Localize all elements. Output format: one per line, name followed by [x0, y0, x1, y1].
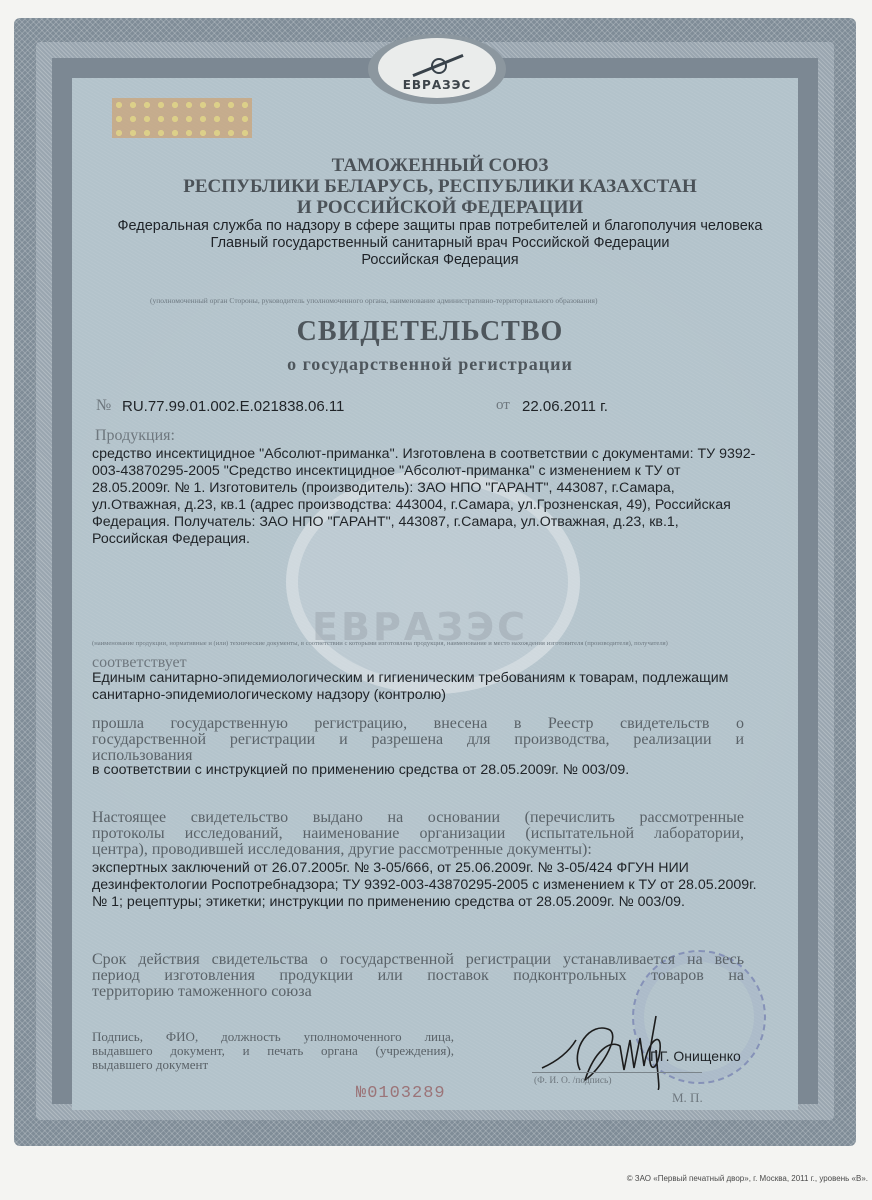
basis-text: центра), проводившей исследования, други…	[92, 842, 592, 858]
registered-text: прошла государственную регистрацию, внес…	[92, 716, 744, 732]
conformity-line: Единым санитарно-эпидемиологическим и ги…	[92, 670, 728, 687]
official-title: Главный государственный санитарный врач …	[100, 235, 780, 252]
hologram-strip	[112, 98, 252, 138]
registration-number: RU.77.99.01.002.E.021838.06.11	[122, 398, 344, 415]
agency-name: Федеральная служба по надзору в сфере за…	[100, 218, 780, 235]
basis-text: Настоящее свидетельство выдано на основа…	[92, 810, 744, 826]
signature-instructions: Подпись, ФИО, должность уполномоченного …	[92, 1030, 454, 1044]
date-label: от	[496, 397, 510, 414]
product-line: ул.Отважная, д.23, кв.1 (адрес производс…	[92, 497, 731, 514]
number-label: №	[96, 397, 111, 415]
signature-instructions: выдавшего документ	[92, 1058, 208, 1072]
eurasec-emblem-icon	[407, 54, 467, 76]
conformity-line: санитарно-эпидемиологическому надзору (к…	[92, 687, 446, 704]
header-line-3: И РОССИЙСКОЙ ФЕДЕРАЦИИ	[100, 197, 780, 218]
signature-line	[532, 1072, 702, 1073]
product-caption: (наименование продукции, нормативные и (…	[92, 640, 668, 647]
seal-mark: М. П.	[672, 1090, 703, 1106]
validity-text: Срок действия свидетельства о государств…	[92, 952, 744, 968]
product-line: Федерация. Получатель: ЗАО НПО "ГАРАНТ",…	[92, 514, 679, 531]
registration-date: 22.06.2011 г.	[522, 398, 608, 415]
registered-text: государственной регистрации и разрешена …	[92, 732, 744, 748]
validity-text: территорию таможенного союза	[92, 984, 312, 1000]
basis-documents: № 1; рецептуры; этикетки; инструкции по …	[92, 894, 685, 911]
signature-instructions: выдавшего документ, и печать органа (учр…	[92, 1044, 454, 1058]
basis-documents: дезинфектологии Роспотребнадзора; ТУ 939…	[92, 877, 757, 894]
serial-number: №0103289	[356, 1084, 446, 1103]
signer-name: Г.Г. Онищенко	[650, 1048, 741, 1065]
product-line: Российская Федерация.	[92, 531, 250, 548]
basis-text: протоколы исследований, наименование орг…	[92, 826, 744, 842]
product-line: 003-43870295-2005 "Средство инсектицидно…	[92, 463, 681, 480]
header-line-2: РЕСПУБЛИКИ БЕЛАРУСЬ, РЕСПУБЛИКИ КАЗАХСТА…	[100, 176, 780, 197]
document-title: СВИДЕТЕЛЬСТВО	[80, 316, 780, 348]
basis-documents: экспертных заключений от 26.07.2005г. № …	[92, 860, 689, 877]
product-line: 28.05.2009г. № 1. Изготовитель (производ…	[92, 480, 675, 497]
product-label: Продукция:	[95, 427, 175, 445]
emblem-text: ЕВРАЗЭС	[403, 78, 472, 92]
product-line: средство инсектицидное "Абсолют-приманка…	[92, 446, 755, 463]
country-name: Российская Федерация	[100, 252, 780, 269]
instruction-reference: в соответствии с инструкцией по применен…	[92, 762, 629, 779]
eurasec-emblem: ЕВРАЗЭС	[378, 38, 496, 98]
printer-footer: © ЗАО «Первый печатный двор», г. Москва,…	[500, 1174, 868, 1183]
header-caption: (уполномоченный орган Стороны, руководит…	[150, 296, 597, 305]
validity-text: период изготовления продукции или постав…	[92, 968, 744, 984]
signer-caption: (Ф. И. О. /подпись)	[534, 1076, 612, 1086]
document-subtitle: о государственной регистрации	[80, 354, 780, 375]
header-line-1: ТАМОЖЕННЫЙ СОЮЗ	[100, 155, 780, 176]
